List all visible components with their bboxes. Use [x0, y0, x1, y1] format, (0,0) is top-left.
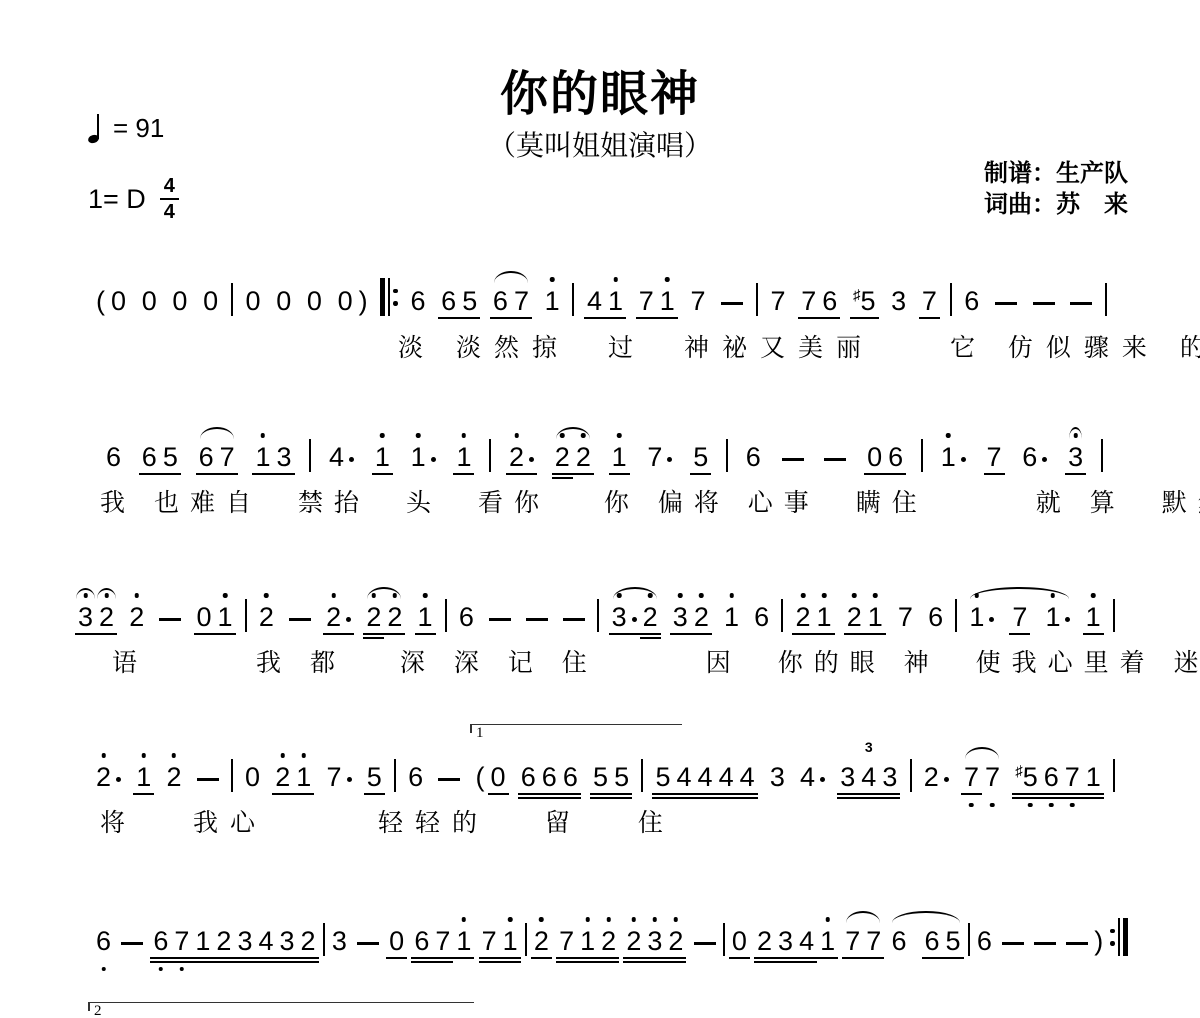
octave-dot-below: [180, 967, 185, 972]
octave-dot-above: [617, 593, 622, 598]
note-2: 2: [754, 926, 775, 956]
note-digit: 6: [142, 442, 157, 472]
note-2: 2: [93, 762, 124, 792]
dash-bar: [159, 618, 181, 621]
underline-sixteenth: [598, 961, 619, 963]
note-digit: 1: [136, 762, 151, 792]
underline-eighth: [215, 633, 236, 635]
octave-dot-below: [1070, 803, 1075, 808]
octave-dot-above: [104, 593, 109, 598]
note-group: [1030, 302, 1058, 316]
underline-eighth: [277, 957, 298, 959]
note-digit: (: [476, 762, 485, 792]
underline-eighth: [961, 793, 982, 795]
note-1: 1: [865, 602, 886, 632]
dash-bar: [694, 942, 716, 945]
octave-dot-above: [264, 593, 269, 598]
note-group: (0: [473, 762, 509, 792]
note-group: [194, 778, 222, 792]
underline-eighth: [500, 957, 521, 959]
underline-eighth: [1041, 793, 1062, 795]
note-group: 54444: [652, 762, 757, 792]
note-digit: 0: [245, 286, 260, 316]
note-group: 0: [273, 286, 294, 316]
dash: [779, 458, 807, 472]
underline-sixteenth: [652, 797, 673, 799]
note-group: 1: [408, 442, 439, 472]
underline-eighth: [844, 633, 865, 635]
underline-eighth: [196, 473, 217, 475]
note-group: [286, 618, 314, 632]
note-digit: 2: [326, 602, 341, 632]
underline-eighth: [623, 957, 644, 959]
note-group: 0: [729, 926, 750, 956]
underline-sixteenth: [298, 961, 319, 963]
octave-dot-above: [83, 593, 88, 598]
note-digit: 1: [608, 286, 623, 316]
underline-eighth: [488, 793, 509, 795]
note-group: 65: [139, 442, 181, 472]
note-5: 5: [943, 926, 964, 956]
note-group: 4: [797, 762, 828, 792]
note-group: 0: [304, 286, 325, 316]
dash-bar: [526, 618, 548, 621]
note-digit: 3: [280, 926, 295, 956]
underline-eighth: [984, 473, 1005, 475]
underline-sixteenth: [640, 637, 661, 639]
note-5: 5: [364, 762, 385, 792]
underline-eighth: [139, 473, 160, 475]
note-group: 06: [864, 442, 906, 472]
note-3: 3: [277, 926, 298, 956]
underline-sixteenth: [277, 961, 298, 963]
barline: [955, 599, 957, 632]
barline: [781, 599, 783, 632]
barline: [597, 599, 599, 632]
note-digit: 6: [542, 762, 557, 792]
augmentation-dot: [1065, 617, 1070, 622]
note-digit: 3: [770, 762, 785, 792]
note-3: 3: [609, 602, 640, 632]
note-digit: 4: [800, 762, 815, 792]
note-digit: 7: [220, 442, 235, 472]
note-7: 7: [798, 286, 819, 316]
augmentation-dot: [349, 457, 354, 462]
music-line-1: (00000000)66567141717776♯5376: [93, 272, 1107, 316]
note-group: [1067, 302, 1095, 316]
note-digit: 6: [441, 286, 456, 316]
note-group-slur: 171: [966, 602, 1073, 632]
dash-bar: [438, 778, 460, 781]
dash: [992, 302, 1020, 316]
underline-eighth: [798, 317, 819, 319]
octave-dot-above: [665, 277, 670, 282]
note-2: 2: [573, 442, 594, 472]
note-digit: 1: [456, 926, 471, 956]
octave-dot-above: [975, 593, 980, 598]
dash-bar: [824, 458, 846, 461]
note-digit: 3: [882, 762, 897, 792]
note-digit: 6: [754, 602, 769, 632]
underline-sixteenth: [577, 961, 598, 963]
underline-eighth: [511, 317, 532, 319]
underline-eighth: [775, 957, 796, 959]
underline-eighth: [611, 793, 632, 795]
note-7: 7: [982, 762, 1003, 792]
note-group: 1: [415, 602, 436, 632]
note-1: 1: [542, 286, 563, 316]
note-digit: 7: [866, 926, 881, 956]
note-6: 6: [411, 926, 432, 956]
note-1: 1: [192, 926, 213, 956]
note-digit: 4: [698, 762, 713, 792]
note-7: 7: [171, 926, 192, 956]
underline-sixteenth: [539, 797, 560, 799]
sheet-music-page: 你的眼神 （莫叫姐姐演唱） = 91 1= D 4 4 制谱：生产队 词曲：苏 …: [0, 0, 1200, 1018]
note-digit: 7: [922, 286, 937, 316]
underline-eighth: [453, 957, 474, 959]
note-7: 7: [768, 286, 789, 316]
note-7: 7: [895, 602, 916, 632]
underline-sixteenth: [737, 797, 758, 799]
note-6: 6: [925, 602, 946, 632]
underline-eighth: [556, 957, 577, 959]
repeat-dots: [1110, 929, 1115, 946]
underline-eighth: [453, 473, 474, 475]
underline-eighth: [506, 473, 537, 475]
note-group: 1: [453, 442, 474, 472]
note-0: 0: [200, 286, 221, 316]
underline-sixteenth: [150, 961, 171, 963]
note-5: 5: [611, 762, 632, 792]
note-7: 7: [961, 762, 982, 792]
note-digit: 0: [389, 926, 404, 956]
note-digit: 7: [174, 926, 189, 956]
note-0: 0: [304, 286, 325, 316]
note-group: 2: [506, 442, 537, 472]
note-6: 6: [1019, 442, 1050, 472]
note-group: 7: [984, 442, 1005, 472]
note-group: 0): [335, 286, 371, 316]
note-digit: 5: [946, 926, 961, 956]
underline-sixteenth: [1083, 797, 1104, 799]
octave-dot-above: [550, 277, 555, 282]
underline-eighth: [796, 957, 817, 959]
note-6: 6: [922, 926, 943, 956]
underline-eighth: [573, 473, 594, 475]
underline-eighth: [842, 957, 863, 959]
augmentation-dot: [632, 617, 637, 622]
paren: ): [356, 286, 371, 316]
note-1: 1: [133, 762, 154, 792]
octave-dot-above: [560, 433, 565, 438]
underline-eighth: [479, 957, 500, 959]
note-1: 1: [605, 286, 626, 316]
note-digit: 0: [732, 926, 747, 956]
note-1: 1: [453, 926, 474, 956]
note-digit: 7: [1012, 602, 1027, 632]
underline-eighth: [160, 473, 181, 475]
note-2: 2: [506, 442, 537, 472]
note-group: 21: [844, 602, 886, 632]
note-group: 6: [751, 602, 772, 632]
underline-eighth: [459, 317, 480, 319]
note-group: 7: [768, 286, 789, 316]
note-0: 0: [242, 286, 263, 316]
note-digit: 2: [259, 602, 274, 632]
note-digit: 6: [1022, 442, 1037, 472]
note-6: 6: [885, 442, 906, 472]
note-digit: 6: [891, 926, 906, 956]
note-group: 1: [542, 286, 563, 316]
octave-dot-above: [674, 917, 679, 922]
octave-dot-above: [508, 917, 513, 922]
note-digit: 0: [245, 762, 260, 792]
underline-eighth: [255, 957, 276, 959]
underline-sixteenth: [1012, 797, 1041, 799]
note-digit: 1: [375, 442, 390, 472]
underline-sixteenth: [363, 637, 384, 639]
note-digit: 1: [545, 286, 560, 316]
repeat-dot: [1110, 929, 1115, 934]
note-digit: 6: [563, 762, 578, 792]
underline-eighth: [584, 317, 605, 319]
note-digit: 1: [296, 762, 311, 792]
underline-eighth: [192, 957, 213, 959]
dash: [354, 942, 382, 956]
note-group: 6: [456, 602, 477, 632]
note-group: 41: [584, 286, 626, 316]
end-repeat-sign: [1110, 918, 1128, 956]
time-denominator: 4: [164, 200, 175, 222]
note-digit: 1: [868, 602, 883, 632]
note-digit: 6: [408, 762, 423, 792]
note-digit: 5: [693, 442, 708, 472]
dash-bar: [1002, 942, 1024, 945]
note-group: 6: [925, 602, 946, 632]
octave-dot-above: [134, 593, 139, 598]
octave-dot-above: [825, 917, 830, 922]
note-group: 2: [921, 762, 952, 792]
note-group: [118, 942, 146, 956]
underline-sixteenth: [695, 797, 716, 799]
underline-sixteenth: [590, 797, 611, 799]
note-3: 3: [837, 762, 858, 792]
note-group: 21: [272, 762, 314, 792]
note-digit: 6: [925, 926, 940, 956]
underline-eighth: [96, 633, 117, 635]
note-5: 5: [160, 442, 181, 472]
note-0: 0: [864, 442, 885, 472]
note-digit: 3: [673, 602, 688, 632]
note-digit: 7: [647, 442, 662, 472]
note-4: 4: [797, 762, 828, 792]
underline-eighth: [644, 957, 665, 959]
note-2: 2: [665, 926, 686, 956]
note-digit: 6: [1044, 762, 1059, 792]
note-digit: 6: [153, 926, 168, 956]
underline-sixteenth: [837, 797, 858, 799]
note-6: 6: [518, 762, 539, 792]
barline: [910, 759, 912, 792]
note-digit: 1: [724, 602, 739, 632]
underline-eighth: [792, 633, 813, 635]
underline-eighth: [1083, 793, 1104, 795]
note-group: [999, 942, 1027, 956]
note-digit: 2: [555, 442, 570, 472]
sharp-icon: ♯: [1015, 764, 1023, 779]
note-group: 2: [531, 926, 552, 956]
note-group: [486, 618, 514, 632]
note-group: 0: [139, 286, 160, 316]
note-digit: 3: [276, 442, 291, 472]
note-1: 1: [938, 442, 969, 472]
octave-dot-above: [423, 593, 428, 598]
note-digit: 6: [459, 602, 474, 632]
octave-dot-above: [632, 917, 637, 922]
note-group: [435, 778, 463, 792]
octave-dot-below: [990, 803, 995, 808]
note-group: [156, 618, 184, 632]
note-group: ): [1063, 926, 1106, 956]
note-2: 2: [213, 926, 234, 956]
repeat-dot: [393, 289, 398, 294]
note-6: 6: [150, 926, 171, 956]
note-digit: 2: [601, 926, 616, 956]
augmentation-dot: [346, 617, 351, 622]
note-group: 65: [438, 286, 480, 316]
note-group: 71: [479, 926, 521, 956]
note-6: 6: [819, 286, 840, 316]
note-3: 3: [75, 602, 96, 632]
note-group-slur: 665: [888, 926, 963, 956]
note-digit: 1: [580, 926, 595, 956]
note-3: 3: [775, 926, 796, 956]
underline-eighth: [518, 793, 539, 795]
underline-sixteenth: [858, 797, 879, 799]
note-7: 7: [217, 442, 238, 472]
note-digit: 0: [276, 286, 291, 316]
underline-eighth: [640, 633, 661, 635]
note-digit: 1: [941, 442, 956, 472]
octave-dot-above: [101, 753, 106, 758]
note-digit: 7: [771, 286, 786, 316]
note-digit: 2: [643, 602, 658, 632]
paren: (: [93, 286, 108, 316]
note-digit: 2: [275, 762, 290, 792]
underline-eighth: [150, 957, 171, 959]
octave-dot-above: [606, 917, 611, 922]
note-group: 0: [200, 286, 221, 316]
octave-dot-above: [581, 433, 586, 438]
underline-sixteenth: [556, 961, 577, 963]
octave-dot-above: [617, 433, 622, 438]
note-digit: 0: [197, 602, 212, 632]
note-6: 6: [139, 442, 160, 472]
note-group: [523, 618, 551, 632]
note-0: 0: [335, 286, 356, 316]
note-0: 0: [386, 926, 407, 956]
note-group: 6: [1019, 442, 1050, 472]
augmentation-dot: [989, 617, 994, 622]
key-signature: 1= D 4 4: [88, 176, 179, 222]
note-digit: 3: [237, 926, 252, 956]
note-digit: 4: [861, 762, 876, 792]
note-digit: 1: [456, 442, 471, 472]
note-1: 1: [372, 442, 393, 472]
volta-label: 2: [94, 1003, 102, 1018]
note-digit: 0: [111, 286, 126, 316]
note-0: 0: [273, 286, 294, 316]
note-digit: 3: [778, 926, 793, 956]
barline: [572, 283, 574, 316]
underline-sixteenth: [560, 797, 581, 799]
note-6: 6: [974, 926, 995, 956]
underline-eighth: [171, 957, 192, 959]
underline-eighth: [865, 633, 886, 635]
octave-dot-above: [462, 917, 467, 922]
octave-dot-above: [699, 593, 704, 598]
octave-dot-above: [653, 917, 658, 922]
underline-sixteenth: [775, 961, 796, 963]
underline-eighth: [415, 633, 436, 635]
note-2: 2: [691, 602, 712, 632]
octave-dot-above: [514, 433, 519, 438]
note-5: 5: [590, 762, 611, 792]
octave-dot-above: [1051, 593, 1056, 598]
note-1: 1: [657, 286, 678, 316]
note-7: 7: [511, 286, 532, 316]
underline-eighth: [539, 793, 560, 795]
underline-eighth: [217, 473, 238, 475]
underline-eighth: [364, 793, 385, 795]
lyrics-line-2: 我 也难自 禁抬 头 看你 你 偏将 心事 瞒住 就 算 默然 不: [100, 483, 1200, 519]
note-digit: 0: [491, 762, 506, 792]
octave-dot-above: [1073, 433, 1078, 438]
time-signature: 4 4: [160, 176, 179, 222]
dash: [1030, 302, 1058, 316]
underline-eighth: [411, 957, 432, 959]
underline-eighth: [1065, 473, 1086, 475]
note-digit: 0: [338, 286, 353, 316]
note-6: 6: [743, 442, 764, 472]
note-digit: 6: [410, 286, 425, 316]
note-6: 6: [438, 286, 459, 316]
note-1: 1: [1083, 602, 1104, 632]
note-2: 2: [272, 762, 293, 792]
barline: [323, 923, 325, 956]
note-group-slur: 77: [842, 926, 884, 956]
underline-sixteenth: [1062, 797, 1083, 799]
note-digit: 1: [820, 926, 835, 956]
barline: [726, 439, 728, 472]
note-group: [718, 302, 746, 316]
note-3: 3: [234, 926, 255, 956]
note-2: 2: [384, 602, 405, 632]
note-0: 0: [169, 286, 190, 316]
note-1: 1: [1042, 602, 1073, 632]
note-group: 3: [888, 286, 909, 316]
note-digit: 3: [647, 926, 662, 956]
note-group: 7: [324, 762, 355, 792]
note-group: 21: [792, 602, 834, 632]
note-digit: 3: [840, 762, 855, 792]
octave-dot-above: [852, 593, 857, 598]
note-group: 76: [798, 286, 840, 316]
underline-eighth: [863, 957, 884, 959]
dash-bar: [782, 458, 804, 461]
underline-sixteenth: [552, 477, 573, 479]
